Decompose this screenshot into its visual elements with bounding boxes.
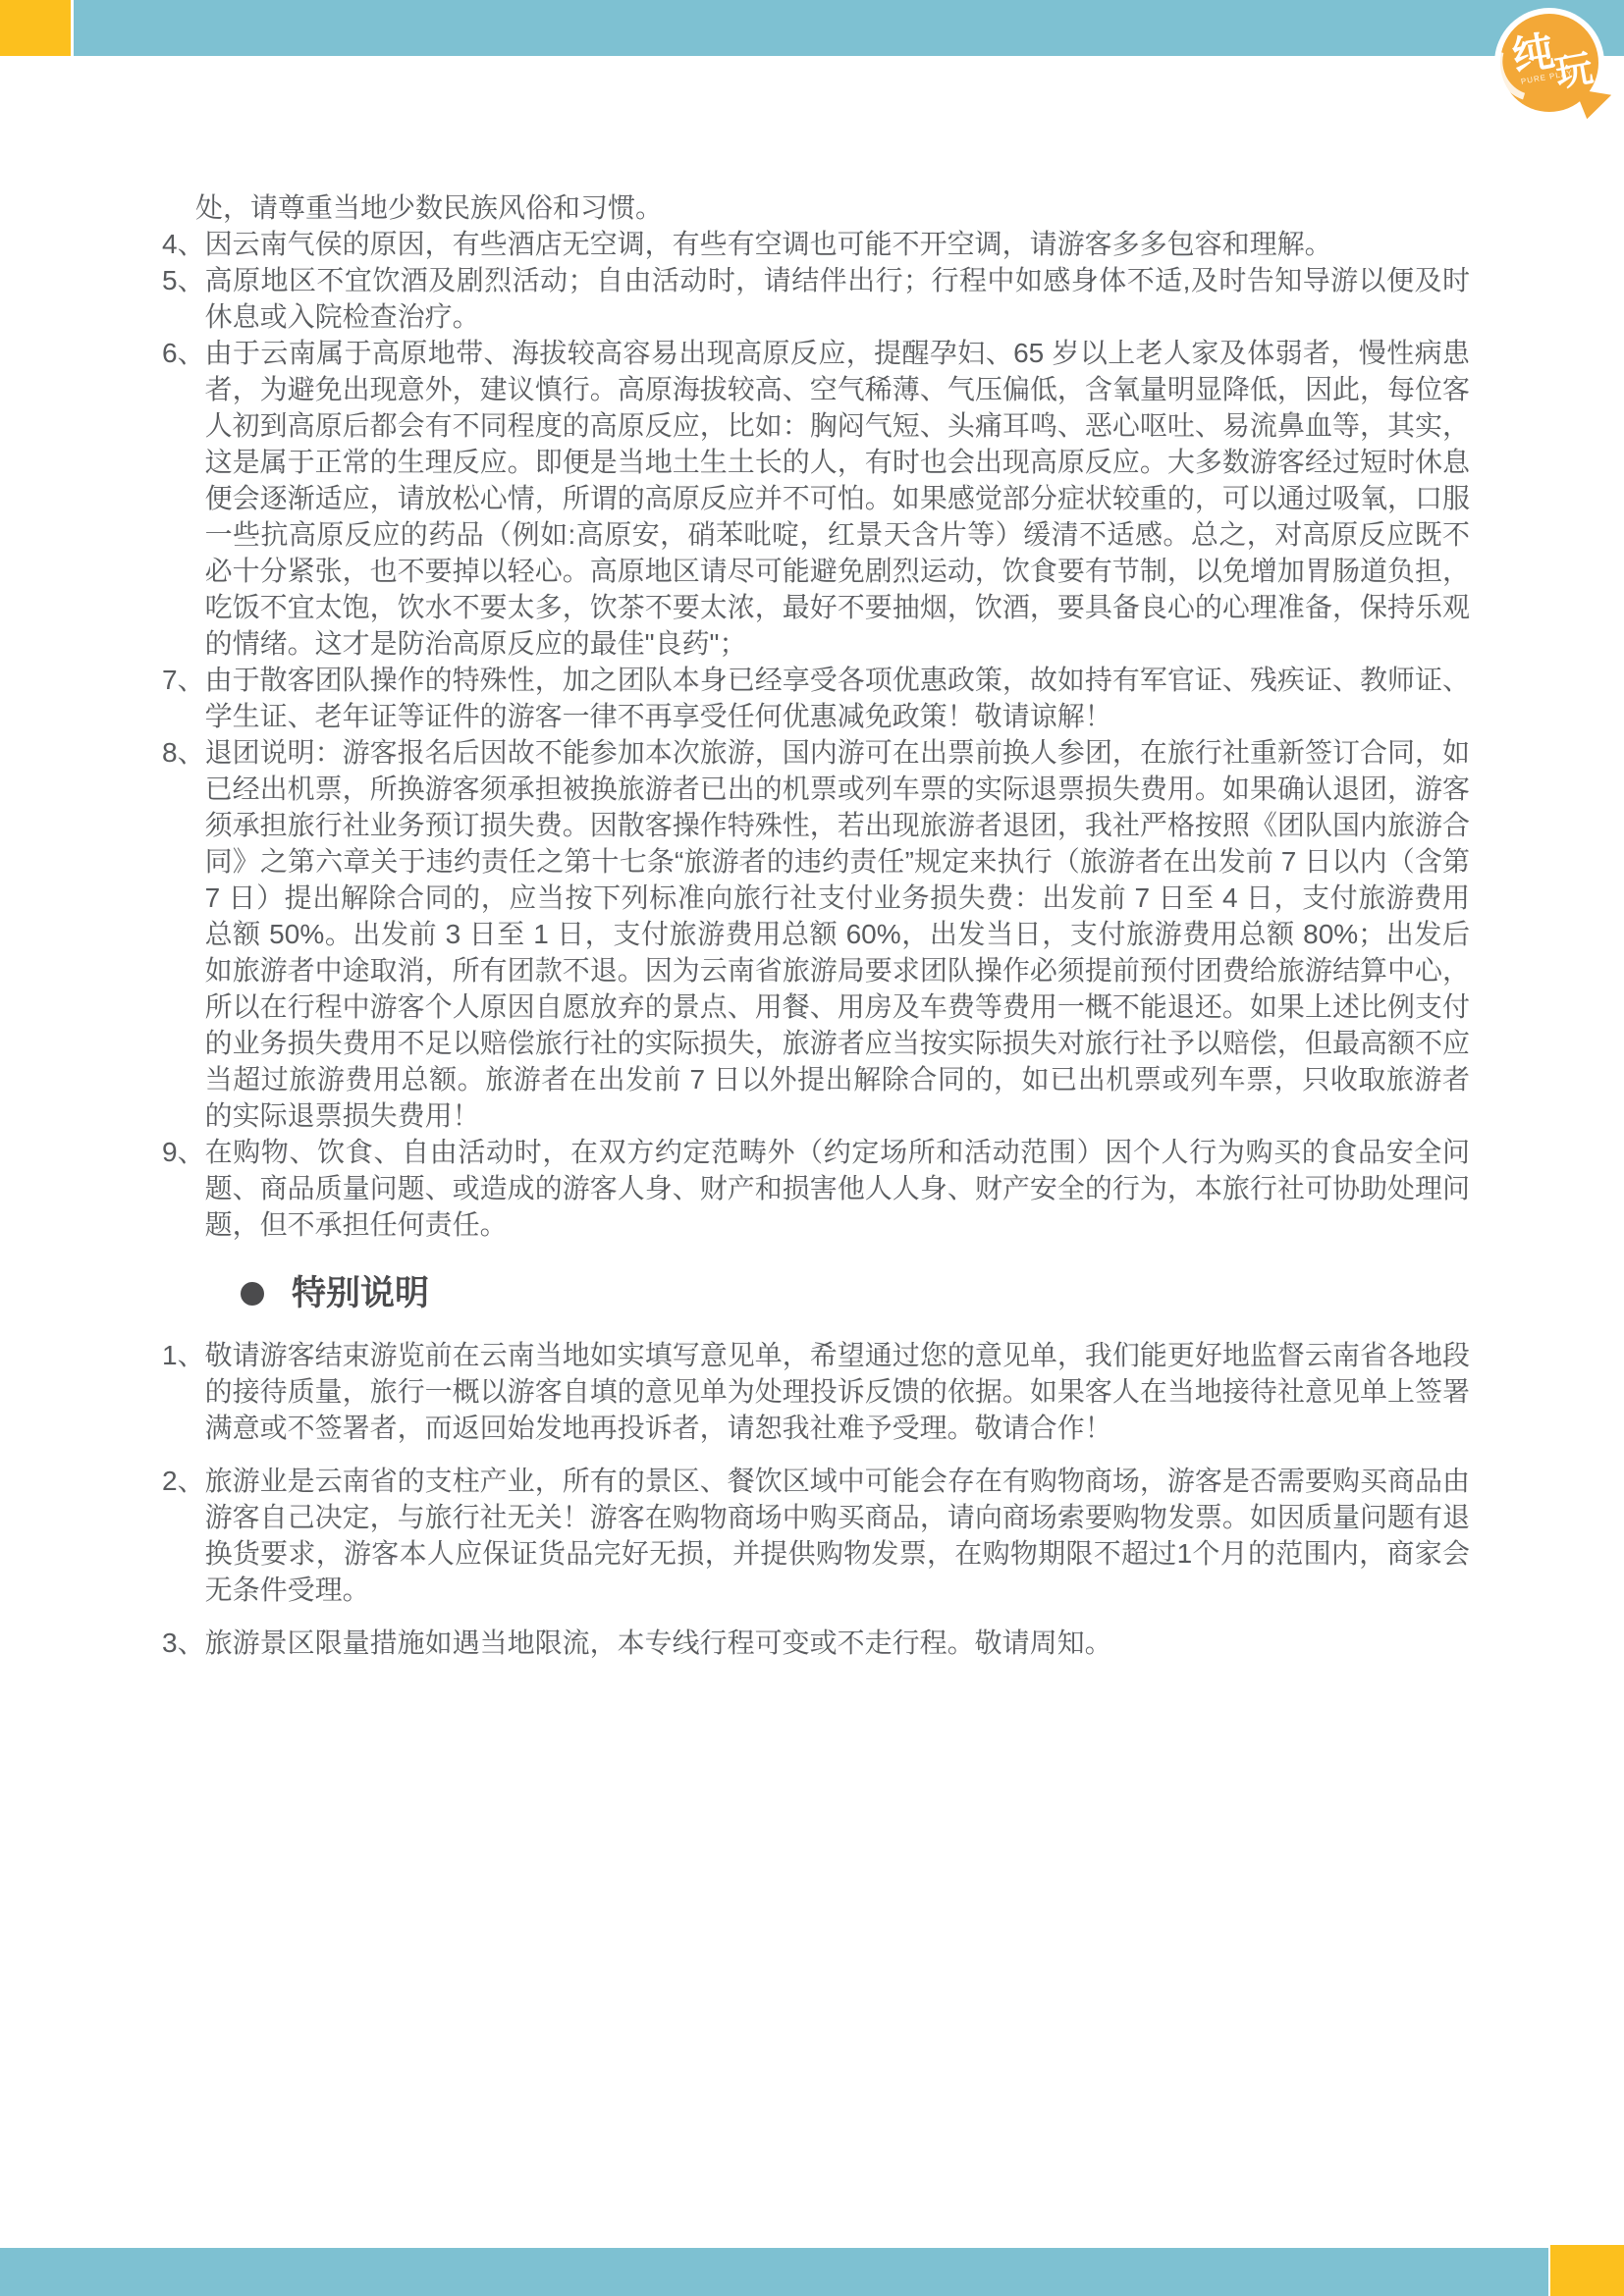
notices-section: 处，请尊重当地少数民族风俗和习惯。 4、 因云南气侯的原因，有些酒店无空调，有些… — [162, 189, 1470, 1678]
continuation-line: 处，请尊重当地少数民族风俗和习惯。 — [162, 189, 1470, 226]
item-number: 5、 — [162, 262, 205, 335]
item-text: 旅游业是云南省的支柱产业，所有的景区、餐饮区域中可能会存在有购物商场，游客是否需… — [205, 1463, 1470, 1608]
item-text: 由于散客团队操作的特殊性，加之团队本身已经享受各项优惠政策，故如持有军官证、残疾… — [205, 662, 1470, 734]
notice-item-6: 6、 由于云南属于高原地带、海拔较高容易出现高原反应，提醒孕妇、65 岁以上老人… — [162, 335, 1470, 662]
item-number: 9、 — [162, 1134, 205, 1243]
section-title: 特别说明 — [292, 1274, 429, 1313]
item-text: 敬请游客结束游览前在云南当地如实填写意见单，希望通过您的意见单，我们能更好地监督… — [205, 1337, 1470, 1446]
item-number: 4、 — [162, 226, 205, 262]
notice-item-4: 4、 因云南气侯的原因，有些酒店无空调，有些有空调也可能不开空调，请游客多多包容… — [162, 226, 1470, 262]
notice-item-5: 5、 高原地区不宜饮酒及剧烈活动；自由活动时，请结伴出行；行程中如感身体不适,及… — [162, 262, 1470, 335]
special-item-3: 3、 旅游景区限量措施如遇当地限流，本专线行程可变或不走行程。敬请周知。 — [162, 1625, 1470, 1661]
item-number: 2、 — [162, 1463, 205, 1608]
item-text: 退团说明：游客报名后因故不能参加本次旅游，国内游可在出票前换人参团，在旅行社重新… — [205, 734, 1470, 1134]
document-page: 纯 玩 PURE PLAY 处，请尊重当地少数民族风俗和习惯。 4、 因云南气侯… — [0, 0, 1624, 2296]
item-text: 旅游景区限量措施如遇当地限流，本专线行程可变或不走行程。敬请周知。 — [205, 1625, 1470, 1661]
special-notes-header: 特别说明 — [241, 1274, 1470, 1313]
notice-item-8: 8、 退团说明：游客报名后因故不能参加本次旅游，国内游可在出票前换人参团，在旅行… — [162, 734, 1470, 1134]
header-bar — [74, 0, 1624, 56]
item-text: 因云南气侯的原因，有些酒店无空调，有些有空调也可能不开空调，请游客多多包容和理解… — [205, 226, 1470, 262]
special-item-2: 2、 旅游业是云南省的支柱产业，所有的景区、餐饮区域中可能会存在有购物商场，游客… — [162, 1463, 1470, 1608]
notice-item-9: 9、 在购物、饮食、自由活动时，在双方约定范畴外（约定场所和活动范围）因个人行为… — [162, 1134, 1470, 1243]
item-number: 3、 — [162, 1625, 205, 1661]
item-number: 1、 — [162, 1337, 205, 1446]
logo-text: 纯 玩 PURE PLAY — [1505, 9, 1610, 114]
pure-play-logo: 纯 玩 PURE PLAY — [1489, 0, 1624, 130]
notice-item-7: 7、 由于散客团队操作的特殊性，加之团队本身已经享受各项优惠政策，故如持有军官证… — [162, 662, 1470, 734]
footer-bar — [0, 2248, 1548, 2296]
item-number: 8、 — [162, 734, 205, 1134]
footer-accent-yellow — [1550, 2245, 1624, 2296]
header-accent-yellow — [0, 0, 71, 56]
special-item-1: 1、 敬请游客结束游览前在云南当地如实填写意见单，希望通过您的意见单，我们能更好… — [162, 1337, 1470, 1446]
item-text: 在购物、饮食、自由活动时，在双方约定范畴外（约定场所和活动范围）因个人行为购买的… — [205, 1134, 1470, 1243]
item-text: 由于云南属于高原地带、海拔较高容易出现高原反应，提醒孕妇、65 岁以上老人家及体… — [205, 335, 1470, 662]
item-number: 7、 — [162, 662, 205, 734]
bullet-icon — [241, 1282, 264, 1306]
special-notes-section: 1、 敬请游客结束游览前在云南当地如实填写意见单，希望通过您的意见单，我们能更好… — [162, 1337, 1470, 1661]
item-text: 高原地区不宜饮酒及剧烈活动；自由活动时，请结伴出行；行程中如感身体不适,及时告知… — [205, 262, 1470, 335]
logo-char-2: 玩 — [1550, 37, 1597, 97]
item-number: 6、 — [162, 335, 205, 662]
